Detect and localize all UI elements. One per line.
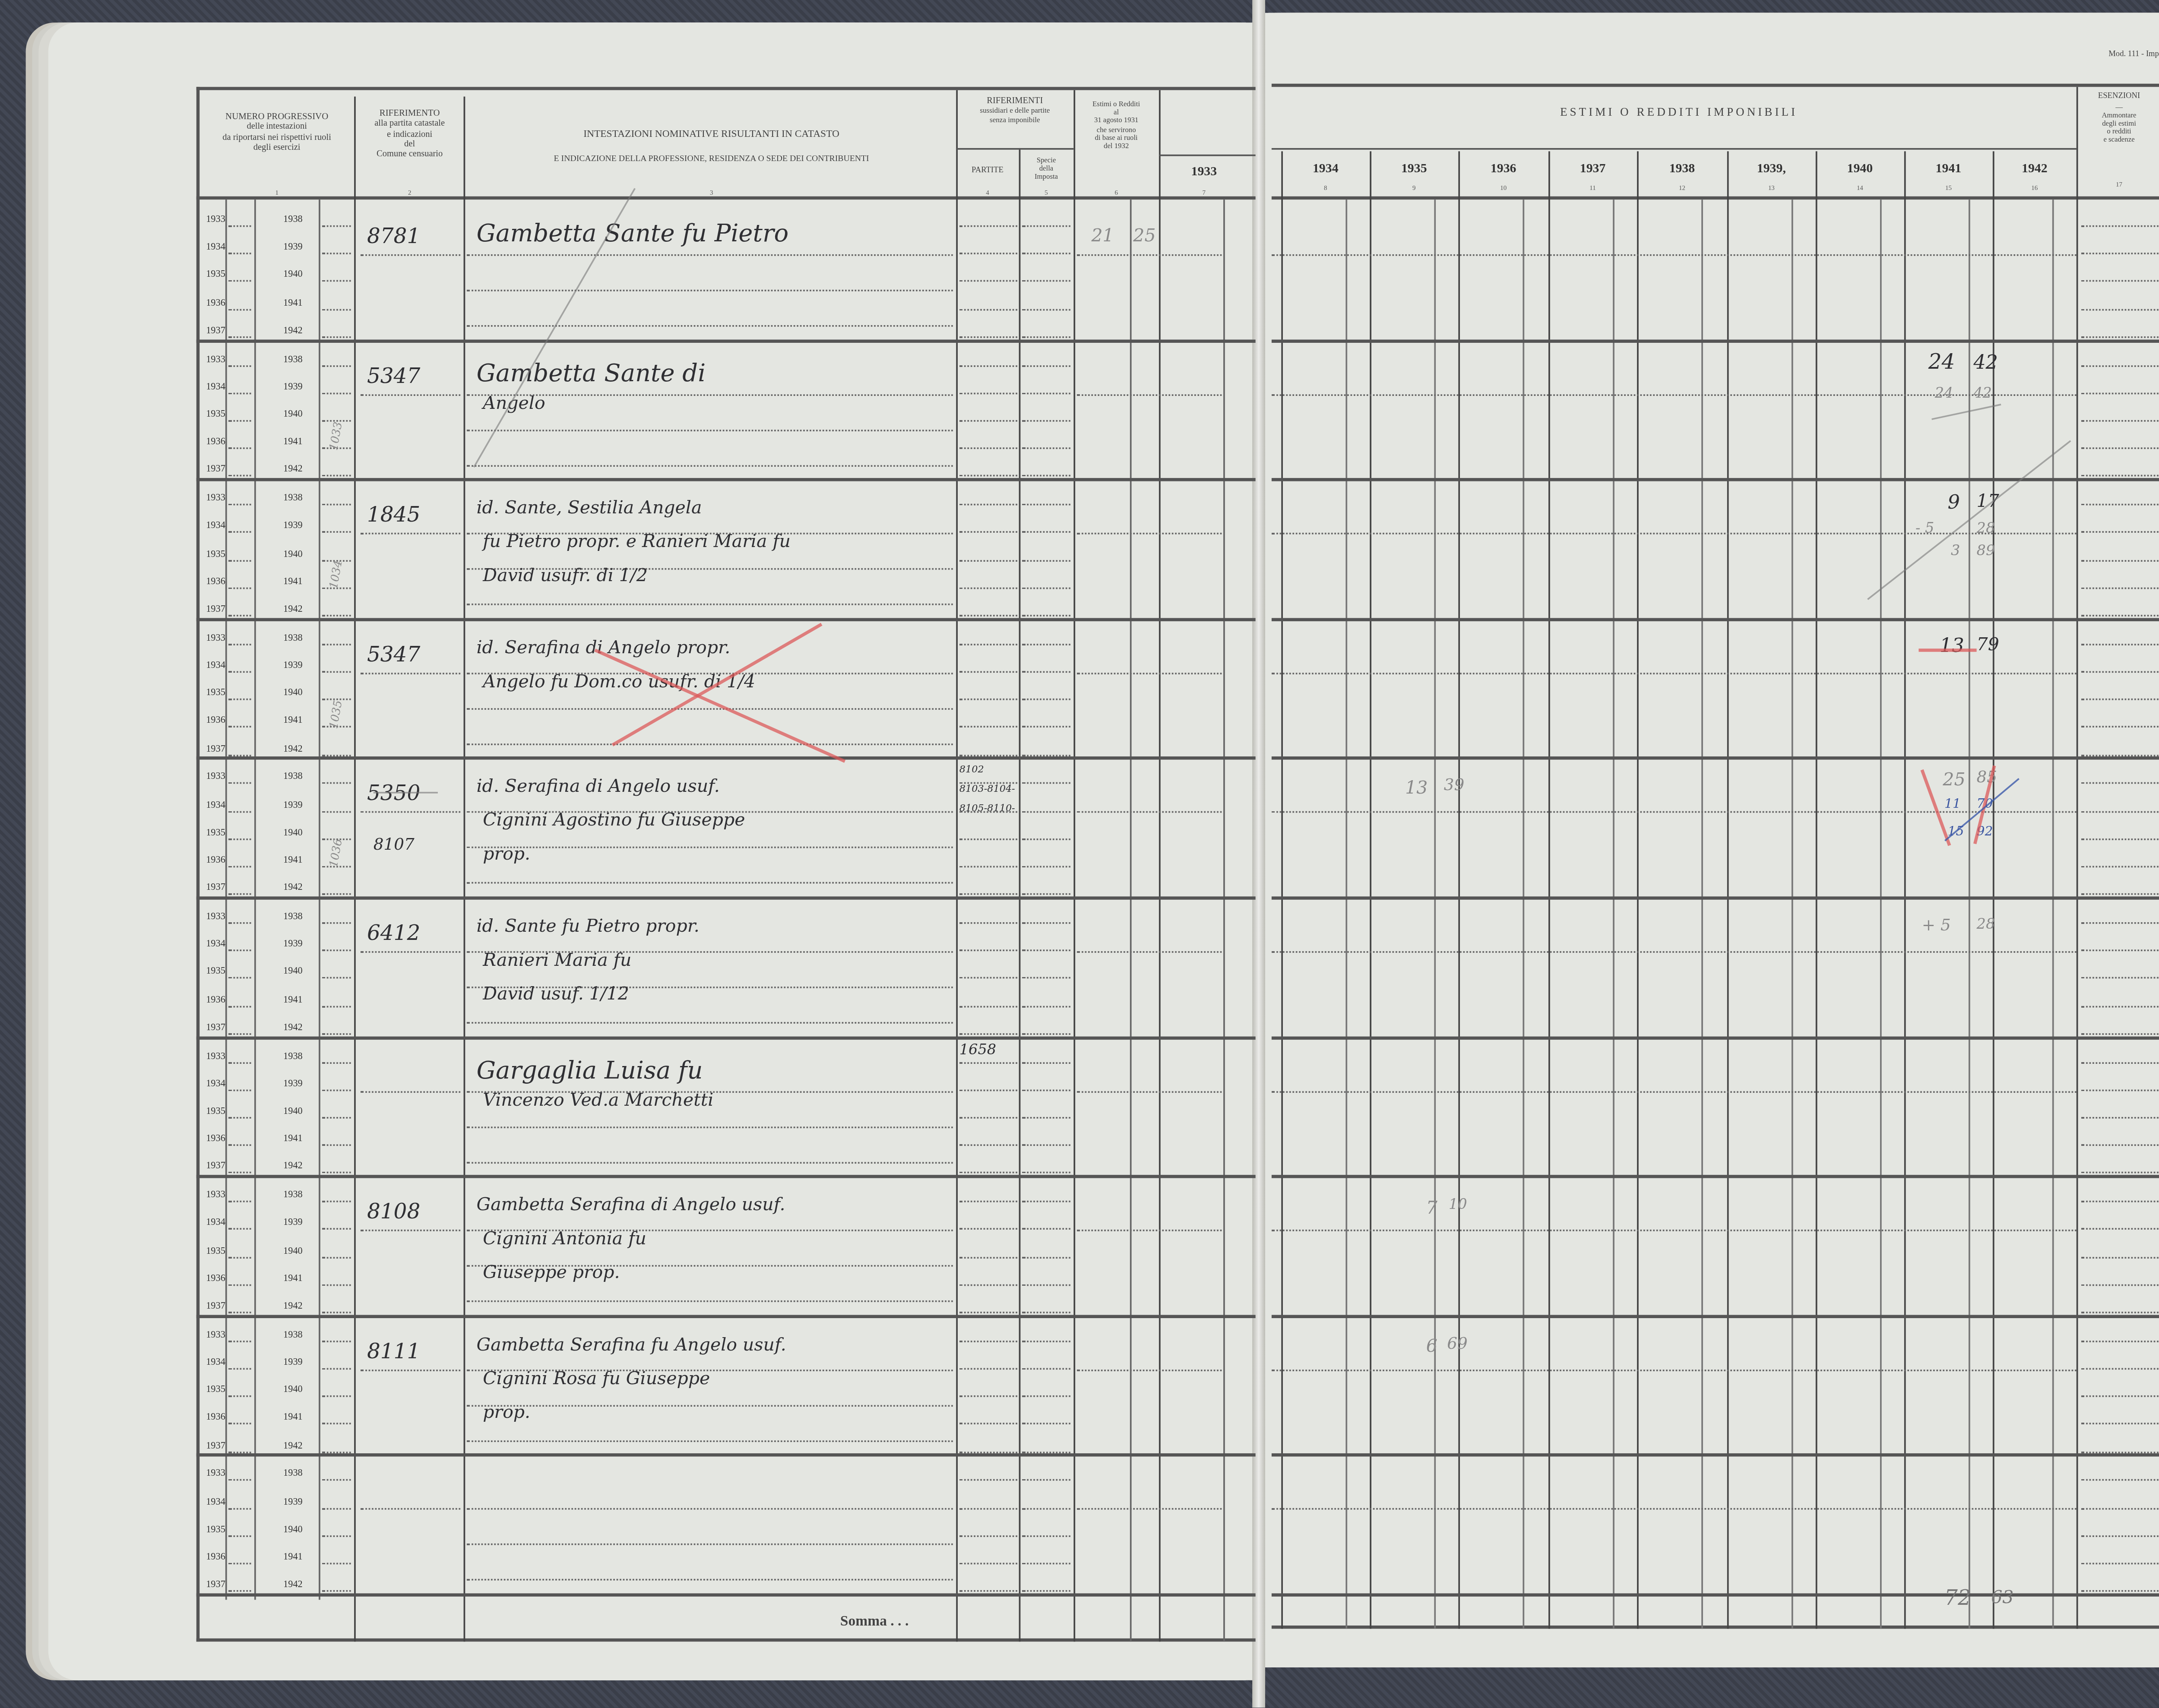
dotted-rule	[322, 1005, 351, 1007]
year-label: 1941	[283, 1275, 303, 1284]
dotted-rule	[959, 1089, 1017, 1091]
dotted-rule	[959, 1340, 1017, 1342]
dotted-rule	[1022, 587, 1070, 589]
dotted-rule	[361, 672, 460, 674]
dotted-rule	[1022, 475, 1070, 477]
dotted-rule	[959, 225, 1017, 227]
dotted-rule	[1022, 225, 1070, 227]
entry-separator	[1272, 757, 2159, 760]
partite-ref: 8103-8104-	[959, 784, 1015, 795]
dotted-rule	[228, 1563, 251, 1565]
year-label: 1941	[283, 577, 303, 587]
year-label: 1940	[283, 689, 303, 699]
dotted-rule	[2081, 336, 2159, 338]
dotted-rule	[1022, 950, 1070, 952]
name-line	[467, 604, 953, 606]
dotted-rule	[2081, 587, 2159, 589]
dotted-rule	[228, 448, 251, 449]
header-year: 1940	[1816, 161, 1904, 176]
column-number: 12	[1637, 183, 1727, 192]
dotted-rule	[228, 420, 251, 422]
year-label: 1940	[283, 271, 303, 281]
dotted-rule	[959, 1062, 1017, 1063]
dotted-rule	[2081, 615, 2159, 617]
partita-reference: 6412	[367, 922, 420, 946]
dotted-rule	[959, 392, 1017, 394]
year-label: 1942	[283, 1581, 303, 1590]
name-line	[467, 1509, 953, 1510]
dotted-rule	[2081, 1451, 2159, 1453]
dotted-rule	[2081, 1145, 2159, 1146]
dotted-rule	[1022, 838, 1070, 840]
dotted-rule	[1272, 1230, 2077, 1232]
contributor-name-line: id. Sante, Sestilia Angela	[476, 498, 702, 519]
name-line	[467, 1126, 953, 1128]
column-number: 1	[199, 188, 354, 196]
dotted-rule	[2081, 671, 2159, 673]
dotted-rule	[1022, 1480, 1070, 1481]
estimo-1931-cent: 25	[1133, 225, 1155, 246]
contributor-name-line: Ranieri Maria fu	[483, 949, 631, 970]
dotted-rule	[1077, 672, 1222, 674]
year-label: 1941	[283, 1135, 303, 1145]
dotted-rule	[228, 253, 251, 255]
dotted-rule	[959, 727, 1017, 728]
year-label: 1939	[283, 383, 303, 392]
contributor-name-line: Gambetta Sante di	[476, 358, 706, 387]
dotted-rule	[228, 336, 251, 338]
year-label: 1936	[206, 299, 225, 308]
dotted-rule	[1077, 1370, 1222, 1371]
dotted-rule	[361, 394, 460, 395]
col-divider	[1130, 199, 1132, 1642]
year-label: 1933	[206, 1331, 225, 1340]
year-label: 1934	[206, 383, 225, 392]
dotted-rule	[2081, 1005, 2159, 1007]
partite-ref: 8102	[959, 765, 984, 776]
year-label: 1938	[283, 1331, 303, 1340]
value-1935-lire: 7	[1426, 1197, 1437, 1218]
year-label: 1936	[206, 1553, 225, 1563]
dotted-rule	[322, 754, 351, 756]
contributor-name-line: Gambetta Sante fu Pietro	[476, 219, 788, 248]
value-1941-lire-adj: - 5	[1915, 522, 1934, 538]
entry-separator	[196, 1593, 1256, 1596]
dotted-rule	[2081, 643, 2159, 645]
year-label: 1936	[206, 856, 225, 866]
dotted-rule	[959, 365, 1017, 367]
name-line	[467, 882, 953, 884]
year-label: 1939	[283, 1498, 303, 1507]
dotted-rule	[1022, 754, 1070, 756]
partita-reference: 8108	[367, 1201, 420, 1225]
column-number: 9	[1370, 183, 1458, 192]
year-label: 1933	[206, 494, 225, 504]
name-line	[467, 1579, 953, 1581]
dotted-rule	[228, 643, 251, 645]
year-label: 1937	[206, 1302, 225, 1312]
dotted-rule	[1022, 1535, 1070, 1537]
dotted-rule	[1077, 951, 1222, 953]
year-label: 1942	[283, 1302, 303, 1312]
dotted-rule	[959, 922, 1017, 924]
name-line	[467, 847, 953, 849]
dotted-rule	[1272, 1091, 2077, 1092]
dotted-rule	[228, 977, 251, 979]
dotted-rule	[1022, 504, 1070, 506]
dotted-rule	[2081, 392, 2159, 394]
entry-separator	[1272, 1454, 2159, 1457]
name-line	[467, 290, 953, 291]
dotted-rule	[2081, 1172, 2159, 1174]
dotted-rule	[1022, 1033, 1070, 1034]
dotted-rule	[959, 1033, 1017, 1034]
partita-reference-new: 8107	[374, 837, 415, 854]
partita-reference: 8781	[367, 225, 420, 250]
year-label: 1938	[283, 1470, 303, 1480]
dotted-rule	[228, 810, 251, 812]
dotted-rule	[2081, 420, 2159, 422]
dotted-rule	[1077, 1230, 1222, 1232]
dotted-rule	[322, 810, 351, 812]
year-label: 1937	[206, 605, 225, 615]
dotted-rule	[2081, 365, 2159, 367]
cent-divider	[2053, 199, 2055, 1629]
dotted-rule	[959, 1312, 1017, 1313]
year-label: 1942	[283, 605, 303, 615]
dotted-rule	[1272, 812, 2077, 813]
year-label: 1935	[206, 1386, 225, 1395]
dotted-rule	[959, 1480, 1017, 1481]
dotted-rule	[322, 894, 351, 895]
year-label: 1937	[206, 744, 225, 754]
name-line	[467, 1544, 953, 1546]
dotted-rule	[959, 1591, 1017, 1592]
col-divider	[1019, 148, 1021, 1642]
cent-divider	[1612, 199, 1614, 1629]
dotted-rule	[1022, 1089, 1070, 1091]
year-label: 1938	[283, 494, 303, 504]
year-label: 1936	[206, 1414, 225, 1423]
dotted-rule	[228, 922, 251, 924]
dotted-rule	[322, 504, 351, 506]
dotted-rule	[959, 308, 1017, 310]
entry-separator	[196, 618, 1256, 621]
ledger-spread: NUMERO PROGRESSIVO delle intestazioni da…	[0, 0, 2159, 1708]
dotted-rule	[959, 1535, 1017, 1537]
entry-separator	[196, 478, 1256, 481]
header-riferimenti-sussidiari: RIFERIMENTI sussidiari e delle partite s…	[956, 97, 1073, 124]
year-label: 1941	[283, 1414, 303, 1423]
dotted-rule	[2081, 1284, 2159, 1286]
year-label: 1940	[283, 829, 303, 838]
dotted-rule	[228, 1451, 251, 1453]
contributor-name-line: David usufr. di 1/2	[483, 565, 648, 586]
col-divider	[1904, 151, 1906, 1629]
dotted-rule	[959, 448, 1017, 449]
value-1941-cent: 17	[1977, 491, 1999, 512]
dotted-rule	[2081, 977, 2159, 979]
contributor-name-line: Cignini Agostino fu Giuseppe	[483, 810, 745, 831]
cent-divider	[1345, 199, 1347, 1629]
dotted-rule	[361, 1091, 460, 1092]
subheader-rule	[956, 148, 1073, 150]
name-line	[467, 743, 953, 745]
dotted-rule	[322, 615, 351, 617]
estimo-1931-lire: 21	[1091, 225, 1114, 246]
dotted-rule	[322, 783, 351, 784]
header-year: 1934	[1281, 161, 1370, 176]
dotted-rule	[1077, 533, 1222, 535]
dotted-rule	[322, 643, 351, 645]
dotted-rule	[959, 1507, 1017, 1509]
contributor-name-line: Angelo fu Dom.co usufr. di 1/4	[483, 671, 755, 692]
dotted-rule	[228, 532, 251, 534]
year-label: 1939	[283, 661, 303, 671]
cent-divider	[1791, 199, 1792, 1629]
year-label: 1933	[206, 1052, 225, 1061]
dotted-rule	[228, 1229, 251, 1230]
dotted-rule	[2081, 783, 2159, 784]
name-line	[467, 1405, 953, 1407]
subheader-rule	[1272, 148, 2077, 150]
header-year: 1936	[1458, 161, 1548, 176]
name-line	[467, 708, 953, 709]
cent-divider	[1702, 199, 1703, 1629]
dotted-rule	[1022, 1117, 1070, 1119]
dotted-rule	[1077, 1091, 1222, 1092]
dotted-rule	[2081, 838, 2159, 840]
year-label: 1934	[206, 1498, 225, 1507]
right-header-rule	[1272, 196, 2159, 199]
entry-separator	[196, 896, 1256, 899]
value-1941-lire: 25	[1943, 769, 1965, 790]
entry-separator	[196, 1175, 1256, 1178]
year-label: 1942	[283, 744, 303, 754]
dotted-rule	[2081, 1229, 2159, 1230]
dotted-rule	[228, 699, 251, 701]
year-label: 1941	[283, 856, 303, 866]
dotted-rule	[2081, 504, 2159, 506]
column-number: 3	[467, 188, 956, 196]
dotted-rule	[1022, 643, 1070, 645]
year-label: 1941	[283, 299, 303, 308]
col-divider	[1073, 90, 1075, 1642]
contributor-name-line: id. Sante fu Pietro propr.	[476, 916, 700, 936]
year-label: 1941	[283, 1553, 303, 1563]
year-label: 1935	[206, 1246, 225, 1256]
year-label: 1937	[206, 1023, 225, 1033]
entry-separator	[196, 1315, 1256, 1318]
col-divider	[1816, 151, 1817, 1629]
dotted-rule	[1022, 1312, 1070, 1313]
dotted-rule	[228, 1201, 251, 1203]
dotted-rule	[959, 754, 1017, 756]
dotted-rule	[2081, 754, 2159, 756]
year-label: 1937	[206, 1581, 225, 1590]
contributor-name-line: Giuseppe prop.	[483, 1262, 620, 1283]
year-label: 1939	[283, 1358, 303, 1368]
dotted-rule	[1077, 394, 1222, 395]
entry-separator	[196, 1454, 1256, 1457]
year-label: 1939	[283, 801, 303, 810]
dotted-rule	[361, 1230, 460, 1232]
dotted-rule	[1022, 253, 1070, 255]
col-divider	[1548, 151, 1550, 1629]
dotted-rule	[322, 308, 351, 310]
year-label: 1940	[283, 1386, 303, 1395]
dotted-rule	[322, 532, 351, 534]
year-label: 1942	[283, 1163, 303, 1172]
column-number: 16	[1993, 183, 2077, 192]
col-divider	[2077, 87, 2078, 1629]
dotted-rule	[2081, 1062, 2159, 1063]
dotted-rule	[2081, 1535, 2159, 1537]
dotted-rule	[1022, 866, 1070, 868]
dotted-rule	[322, 1033, 351, 1034]
entry-separator	[1272, 1315, 2159, 1318]
dotted-rule	[228, 1591, 251, 1592]
column-number: 10	[1458, 183, 1548, 192]
dotted-rule	[322, 1229, 351, 1230]
year-label: 1936	[206, 1135, 225, 1145]
entry-separator	[196, 757, 1256, 760]
dotted-rule	[959, 671, 1017, 673]
dotted-rule	[1022, 1256, 1070, 1258]
partita-reference: 8111	[367, 1340, 420, 1364]
dotted-rule	[228, 838, 251, 840]
entry-separator	[1272, 339, 2159, 342]
year-label: 1941	[283, 717, 303, 726]
year-label: 1934	[206, 801, 225, 810]
year-label: 1941	[283, 996, 303, 1005]
header-year: 1939,	[1727, 161, 1816, 176]
year-label: 1937	[206, 884, 225, 893]
dotted-rule	[228, 365, 251, 367]
partita-reference: 1845	[367, 504, 420, 528]
year-label: 1938	[283, 355, 303, 364]
dotted-rule	[322, 1423, 351, 1425]
year-label: 1937	[206, 326, 225, 336]
dotted-rule	[322, 1451, 351, 1453]
dotted-rule	[228, 1256, 251, 1258]
header-numero-progressivo: NUMERO PROGRESSIVO delle intestazioni da…	[199, 113, 354, 154]
dotted-rule	[959, 1451, 1017, 1453]
dotted-rule	[2081, 1591, 2159, 1592]
year-label: 1942	[283, 884, 303, 893]
dotted-rule	[1022, 1591, 1070, 1592]
dotted-rule	[959, 281, 1017, 282]
dotted-rule	[2081, 866, 2159, 868]
partita-reference: 5347	[367, 643, 420, 667]
dotted-rule	[228, 1312, 251, 1313]
year-label: 1934	[206, 522, 225, 531]
dotted-rule	[228, 560, 251, 561]
subheader-rule	[1159, 155, 1256, 156]
column-number: 14	[1816, 183, 1904, 192]
dotted-rule	[2081, 1256, 2159, 1258]
dotted-rule	[322, 1256, 351, 1258]
dotted-rule	[959, 1145, 1017, 1146]
value-1941-lire: 24	[1928, 351, 1955, 375]
dotted-rule	[322, 950, 351, 952]
dotted-rule	[1022, 615, 1070, 617]
value-1941-cent-result: 89	[1977, 544, 1995, 560]
header-year: 1942	[1993, 161, 2077, 176]
dotted-rule	[1022, 727, 1070, 728]
year-label: 1935	[206, 1525, 225, 1535]
name-line	[467, 429, 953, 431]
year-label: 1940	[283, 968, 303, 977]
dotted-rule	[228, 1480, 251, 1481]
year-label: 1939	[283, 940, 303, 950]
dotted-rule	[1022, 699, 1070, 701]
partita-reference: 5350	[367, 783, 420, 807]
year-label: 1936	[206, 438, 225, 448]
value-1935-cent: 39	[1444, 777, 1464, 795]
header-year: 1938	[1637, 161, 1727, 176]
year-label: 1939	[283, 244, 303, 253]
dotted-rule	[322, 1089, 351, 1091]
value-1935-cent: 69	[1447, 1336, 1467, 1354]
dotted-rule	[959, 1284, 1017, 1286]
name-line	[467, 325, 953, 327]
name-line	[467, 1022, 953, 1024]
dotted-rule	[322, 253, 351, 255]
year-label: 1940	[283, 1246, 303, 1256]
contributor-name-line: id. Serafina di Angelo usuf.	[476, 776, 719, 797]
year-label: 1942	[283, 326, 303, 336]
dotted-rule	[1022, 1563, 1070, 1565]
dotted-rule	[959, 894, 1017, 895]
dotted-rule	[2081, 950, 2159, 952]
dotted-rule	[2081, 810, 2159, 812]
value-1941-cent: 28	[1977, 917, 1995, 933]
dotted-rule	[2081, 281, 2159, 282]
header-estimi-1931: Estimi o Redditi al 31 agosto 1931 che s…	[1073, 100, 1159, 150]
dotted-rule	[959, 1368, 1017, 1370]
year-label: 1935	[206, 411, 225, 420]
dotted-rule	[1272, 951, 2077, 953]
dotted-rule	[228, 504, 251, 506]
dotted-rule	[2081, 1033, 2159, 1034]
year-label: 1939	[283, 522, 303, 531]
col-divider	[1370, 151, 1371, 1629]
year-label: 1936	[206, 1275, 225, 1284]
year-label: 1934	[206, 940, 225, 950]
dotted-rule	[1272, 672, 2077, 674]
dotted-rule	[1022, 977, 1070, 979]
dotted-rule	[322, 1368, 351, 1370]
dotted-rule	[228, 1062, 251, 1063]
dotted-rule	[959, 1201, 1017, 1203]
contributor-name-line: Gambetta Serafina fu Angelo usuf.	[476, 1334, 786, 1355]
year-label: 1935	[206, 829, 225, 838]
dotted-rule	[228, 1005, 251, 1007]
column-number: 8	[1281, 183, 1370, 192]
value-1941-lire: 9	[1948, 491, 1960, 513]
dotted-rule	[2081, 532, 2159, 534]
col-divider	[1458, 151, 1460, 1629]
dotted-rule	[1022, 1396, 1070, 1398]
dotted-rule	[2081, 1117, 2159, 1119]
header-estimi-imponibili: ESTIMI O REDDITI IMPONIBILI	[1281, 106, 2076, 120]
name-line	[467, 1301, 953, 1303]
dotted-rule	[322, 1145, 351, 1146]
dotted-rule	[2081, 308, 2159, 310]
dotted-rule	[1022, 1172, 1070, 1174]
contributor-name-line: fu Pietro propr. e Ranieri Maria fu	[483, 531, 791, 552]
